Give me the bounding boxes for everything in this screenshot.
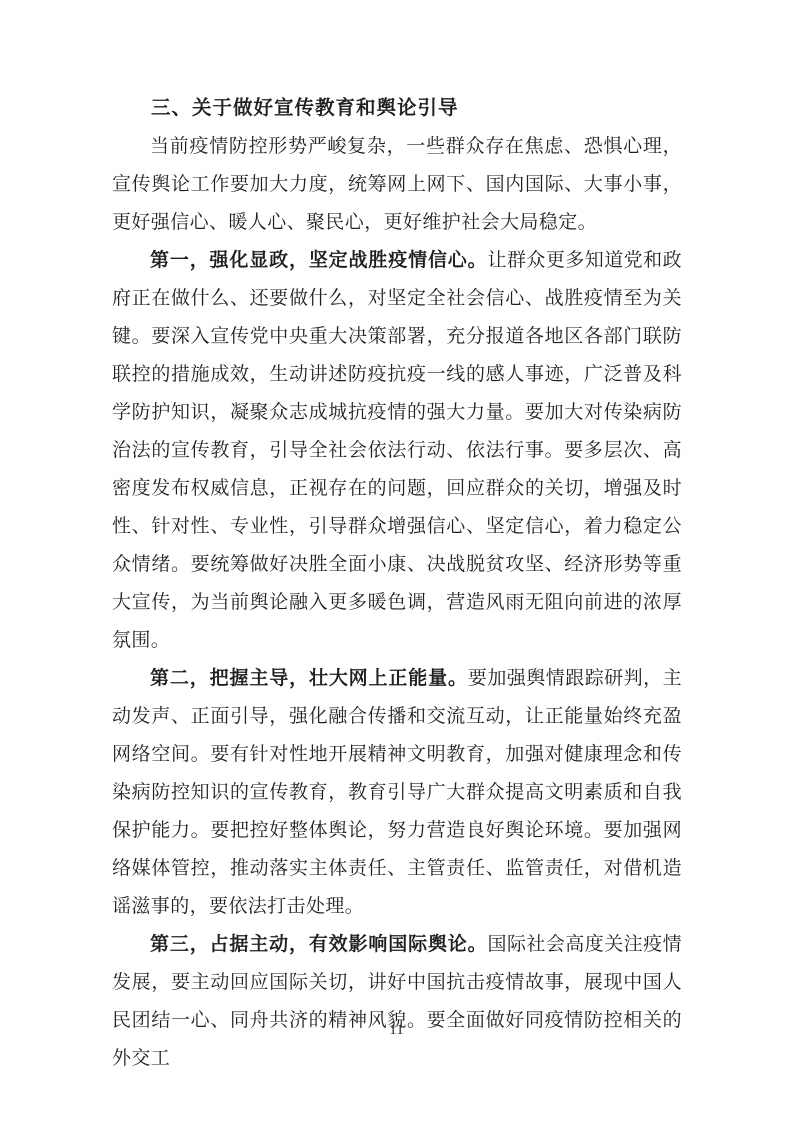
document-page: 三、关于做好宣传教育和舆论引导 当前疫情防控形势严峻复杂，一些群众存在焦虑、恐惧… [0, 0, 793, 1122]
paragraph-intro: 当前疫情防控形势严峻复杂，一些群众存在焦虑、恐惧心理，宣传舆论工作要加大力度，统… [112, 128, 682, 242]
paragraph-first-point: 第一，强化显政，坚定战胜疫情信心。让群众更多知道党和政府正在做什么、还要做什么，… [112, 242, 682, 660]
paragraph-text: 要加强舆情跟踪研判，主动发声、正面引导，强化融合传播和交流互动，让正能量始终充盈… [112, 668, 682, 917]
paragraph-text: 让群众更多知道党和政府正在做什么、还要做什么，对坚定全社会信心、战胜疫情至为关键… [112, 250, 682, 651]
section-heading: 三、关于做好宣传教育和舆论引导 [112, 90, 682, 128]
paragraph-second-point: 第二，把握主导，壮大网上正能量。要加强舆情跟踪研判，主动发声、正面引导，强化融合… [112, 660, 682, 926]
paragraph-lead: 第三，占据主动，有效影响国际舆论。 [150, 934, 488, 955]
document-body: 三、关于做好宣传教育和舆论引导 当前疫情防控形势严峻复杂，一些群众存在焦虑、恐惧… [112, 90, 682, 1078]
paragraph-text: 当前疫情防控形势严峻复杂，一些群众存在焦虑、恐惧心理，宣传舆论工作要加大力度，统… [112, 136, 682, 233]
paragraph-lead: 第一，强化显政，坚定战胜疫情信心。 [150, 250, 488, 271]
paragraph-lead: 第二，把握主导，壮大网上正能量。 [150, 668, 468, 689]
page-number: 11 [0, 1020, 793, 1040]
paragraph-third-point: 第三，占据主动，有效影响国际舆论。国际社会高度关注疫情发展，要主动回应国际关切，… [112, 926, 682, 1078]
